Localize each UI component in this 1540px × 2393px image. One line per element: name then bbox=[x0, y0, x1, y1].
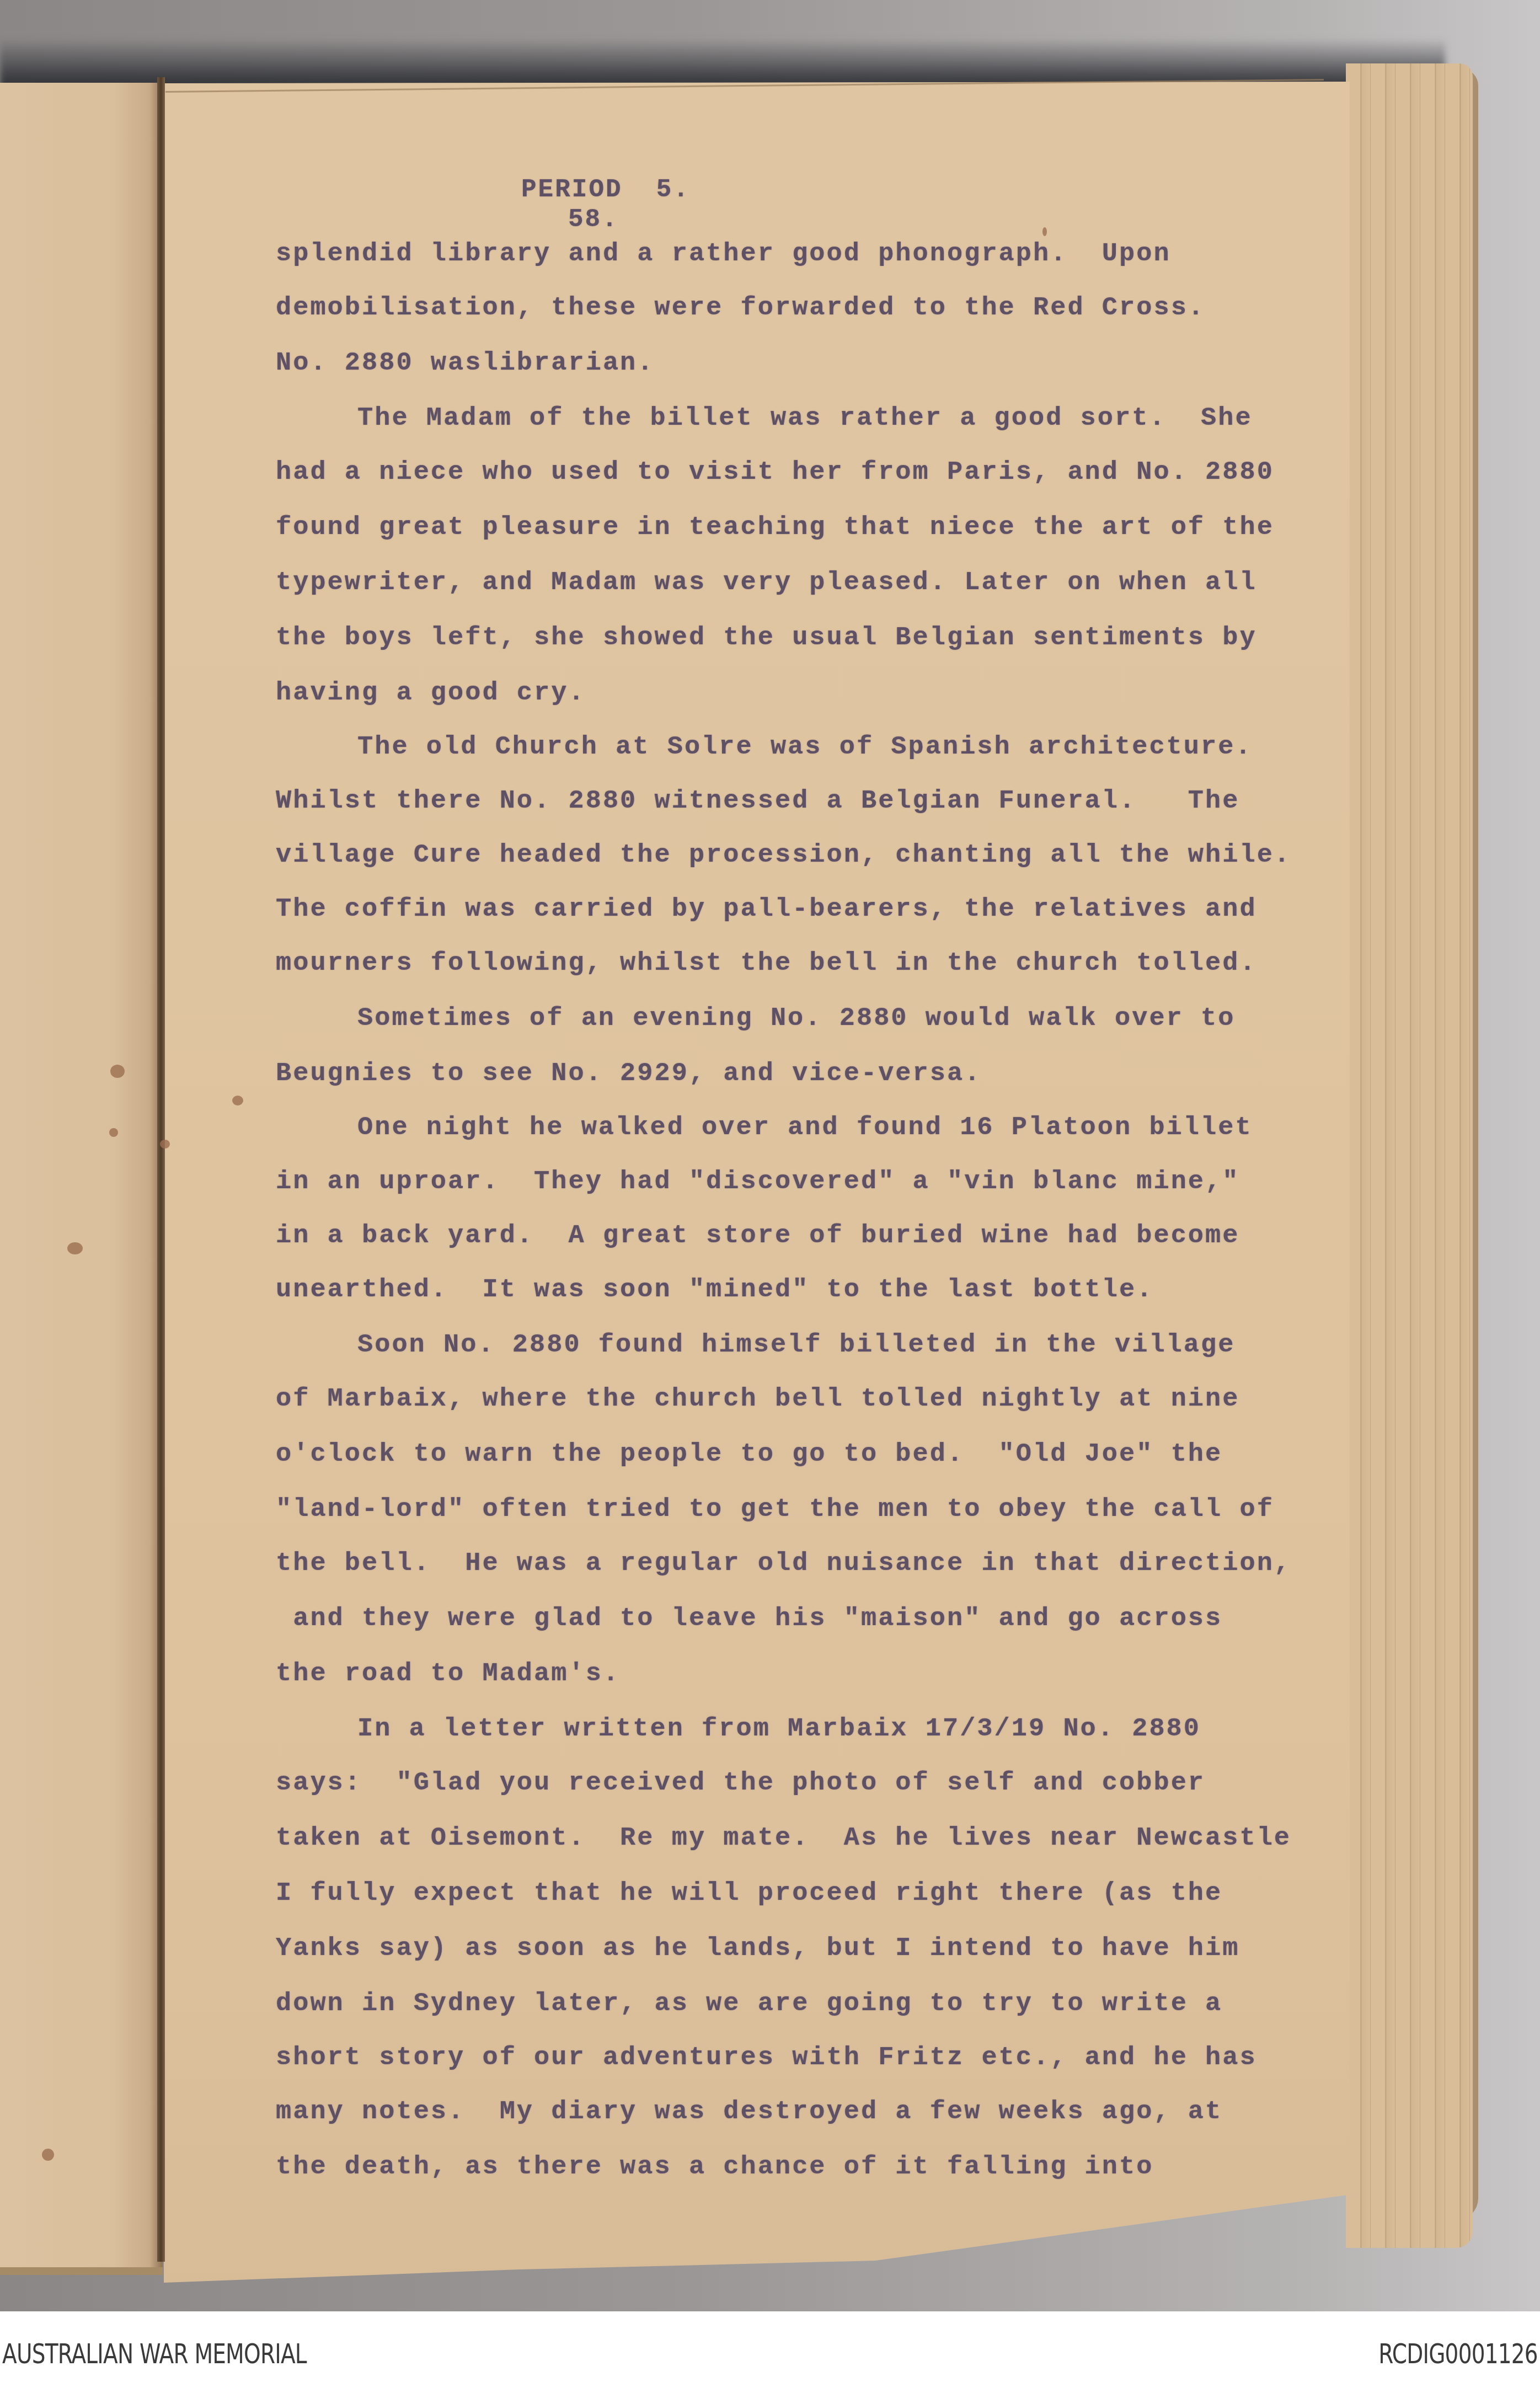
book-gutter bbox=[157, 77, 165, 2262]
text-line: Sometimes of an evening No. 2880 would w… bbox=[357, 1004, 1235, 1033]
text-line: found great pleasure in teaching that ni… bbox=[276, 513, 1274, 542]
text-line: village Cure headed the procession, chan… bbox=[276, 841, 1291, 870]
text-line: having a good cry. bbox=[276, 679, 586, 708]
text-line: One night he walked over and found 16 Pl… bbox=[357, 1113, 1253, 1142]
text-line: Beugnies to see No. 2929, and vice-versa… bbox=[276, 1059, 981, 1088]
page-number: 58. bbox=[568, 205, 619, 234]
text-line: Whilst there No. 2880 witnessed a Belgia… bbox=[276, 787, 1239, 816]
foxing-spot bbox=[109, 1128, 118, 1137]
text-line: splendid library and a rather good phono… bbox=[276, 239, 1171, 269]
text-line: the boys left, she showed the usual Belg… bbox=[276, 623, 1257, 653]
text-line: mourners following, whilst the bell in t… bbox=[276, 949, 1257, 978]
text-line: and they were glad to leave his "maison"… bbox=[276, 1604, 1222, 1633]
foxing-spot bbox=[160, 1140, 170, 1149]
text-line: had a niece who used to visit her from P… bbox=[276, 458, 1274, 487]
text-line: of Marbaix, where the church bell tolled… bbox=[276, 1385, 1239, 1414]
text-line: In a letter written from Marbaix 17/3/19… bbox=[357, 1714, 1201, 1744]
text-line: says: "Glad you received the photo of se… bbox=[276, 1769, 1205, 1798]
text-line: down in Sydney later, as we are going to… bbox=[276, 1989, 1222, 2018]
scanned-photograph: PERIOD 5. 58. splendid library and a rat… bbox=[0, 0, 1540, 2311]
text-line: Yanks say) as soon as he lands, but I in… bbox=[276, 1934, 1239, 1963]
foxing-spot bbox=[232, 1096, 243, 1105]
page-stack-edges bbox=[1346, 63, 1473, 2248]
foxing-spot bbox=[67, 1242, 83, 1254]
foxing-spot bbox=[1042, 227, 1047, 236]
text-line: the bell. He was a regular old nuisance … bbox=[276, 1549, 1291, 1578]
text-line: unearthed. It was soon "mined" to the la… bbox=[276, 1275, 1153, 1305]
left-page bbox=[0, 83, 163, 2275]
text-line: demobilisation, these were forwarded to … bbox=[276, 293, 1205, 323]
item-reference-id: RCDIG0001126 bbox=[1379, 2338, 1538, 2370]
text-line: No. 2880 waslibrarian. bbox=[276, 349, 655, 378]
text-line: taken at Oisemont. Re my mate. As he liv… bbox=[276, 1824, 1291, 1853]
text-line: The old Church at Solre was of Spanish a… bbox=[357, 733, 1253, 762]
text-line: typewriter, and Madam was very pleased. … bbox=[276, 568, 1257, 597]
text-line: the road to Madam's. bbox=[276, 1659, 620, 1689]
text-line: I fully expect that he will proceed righ… bbox=[276, 1879, 1222, 1908]
foxing-spot bbox=[110, 1065, 125, 1078]
text-line: The Madam of the billet was rather a goo… bbox=[357, 404, 1253, 433]
text-line: short story of our adventures with Fritz… bbox=[276, 2043, 1257, 2072]
footer-bar: AUSTRALIAN WAR MEMORIAL RCDIG0001126 bbox=[0, 2311, 1540, 2393]
text-line: Soon No. 2880 found himself billeted in … bbox=[357, 1331, 1235, 1360]
text-line: The coffin was carried by pall-bearers, … bbox=[276, 895, 1257, 924]
period-heading: PERIOD 5. bbox=[521, 175, 690, 204]
text-line: o'clock to warn the people to go to bed.… bbox=[276, 1440, 1222, 1469]
text-line: in an uproar. They had "discovered" a "v… bbox=[276, 1167, 1239, 1196]
institution-credit: AUSTRALIAN WAR MEMORIAL bbox=[2, 2338, 307, 2370]
foxing-spot bbox=[42, 2149, 54, 2161]
text-line: in a back yard. A great store of buried … bbox=[276, 1221, 1239, 1251]
text-line: many notes. My diary was destroyed a few… bbox=[276, 2097, 1222, 2127]
text-line: "land-lord" often tried to get the men t… bbox=[276, 1495, 1274, 1524]
text-line: the death, as there was a chance of it f… bbox=[276, 2152, 1153, 2182]
